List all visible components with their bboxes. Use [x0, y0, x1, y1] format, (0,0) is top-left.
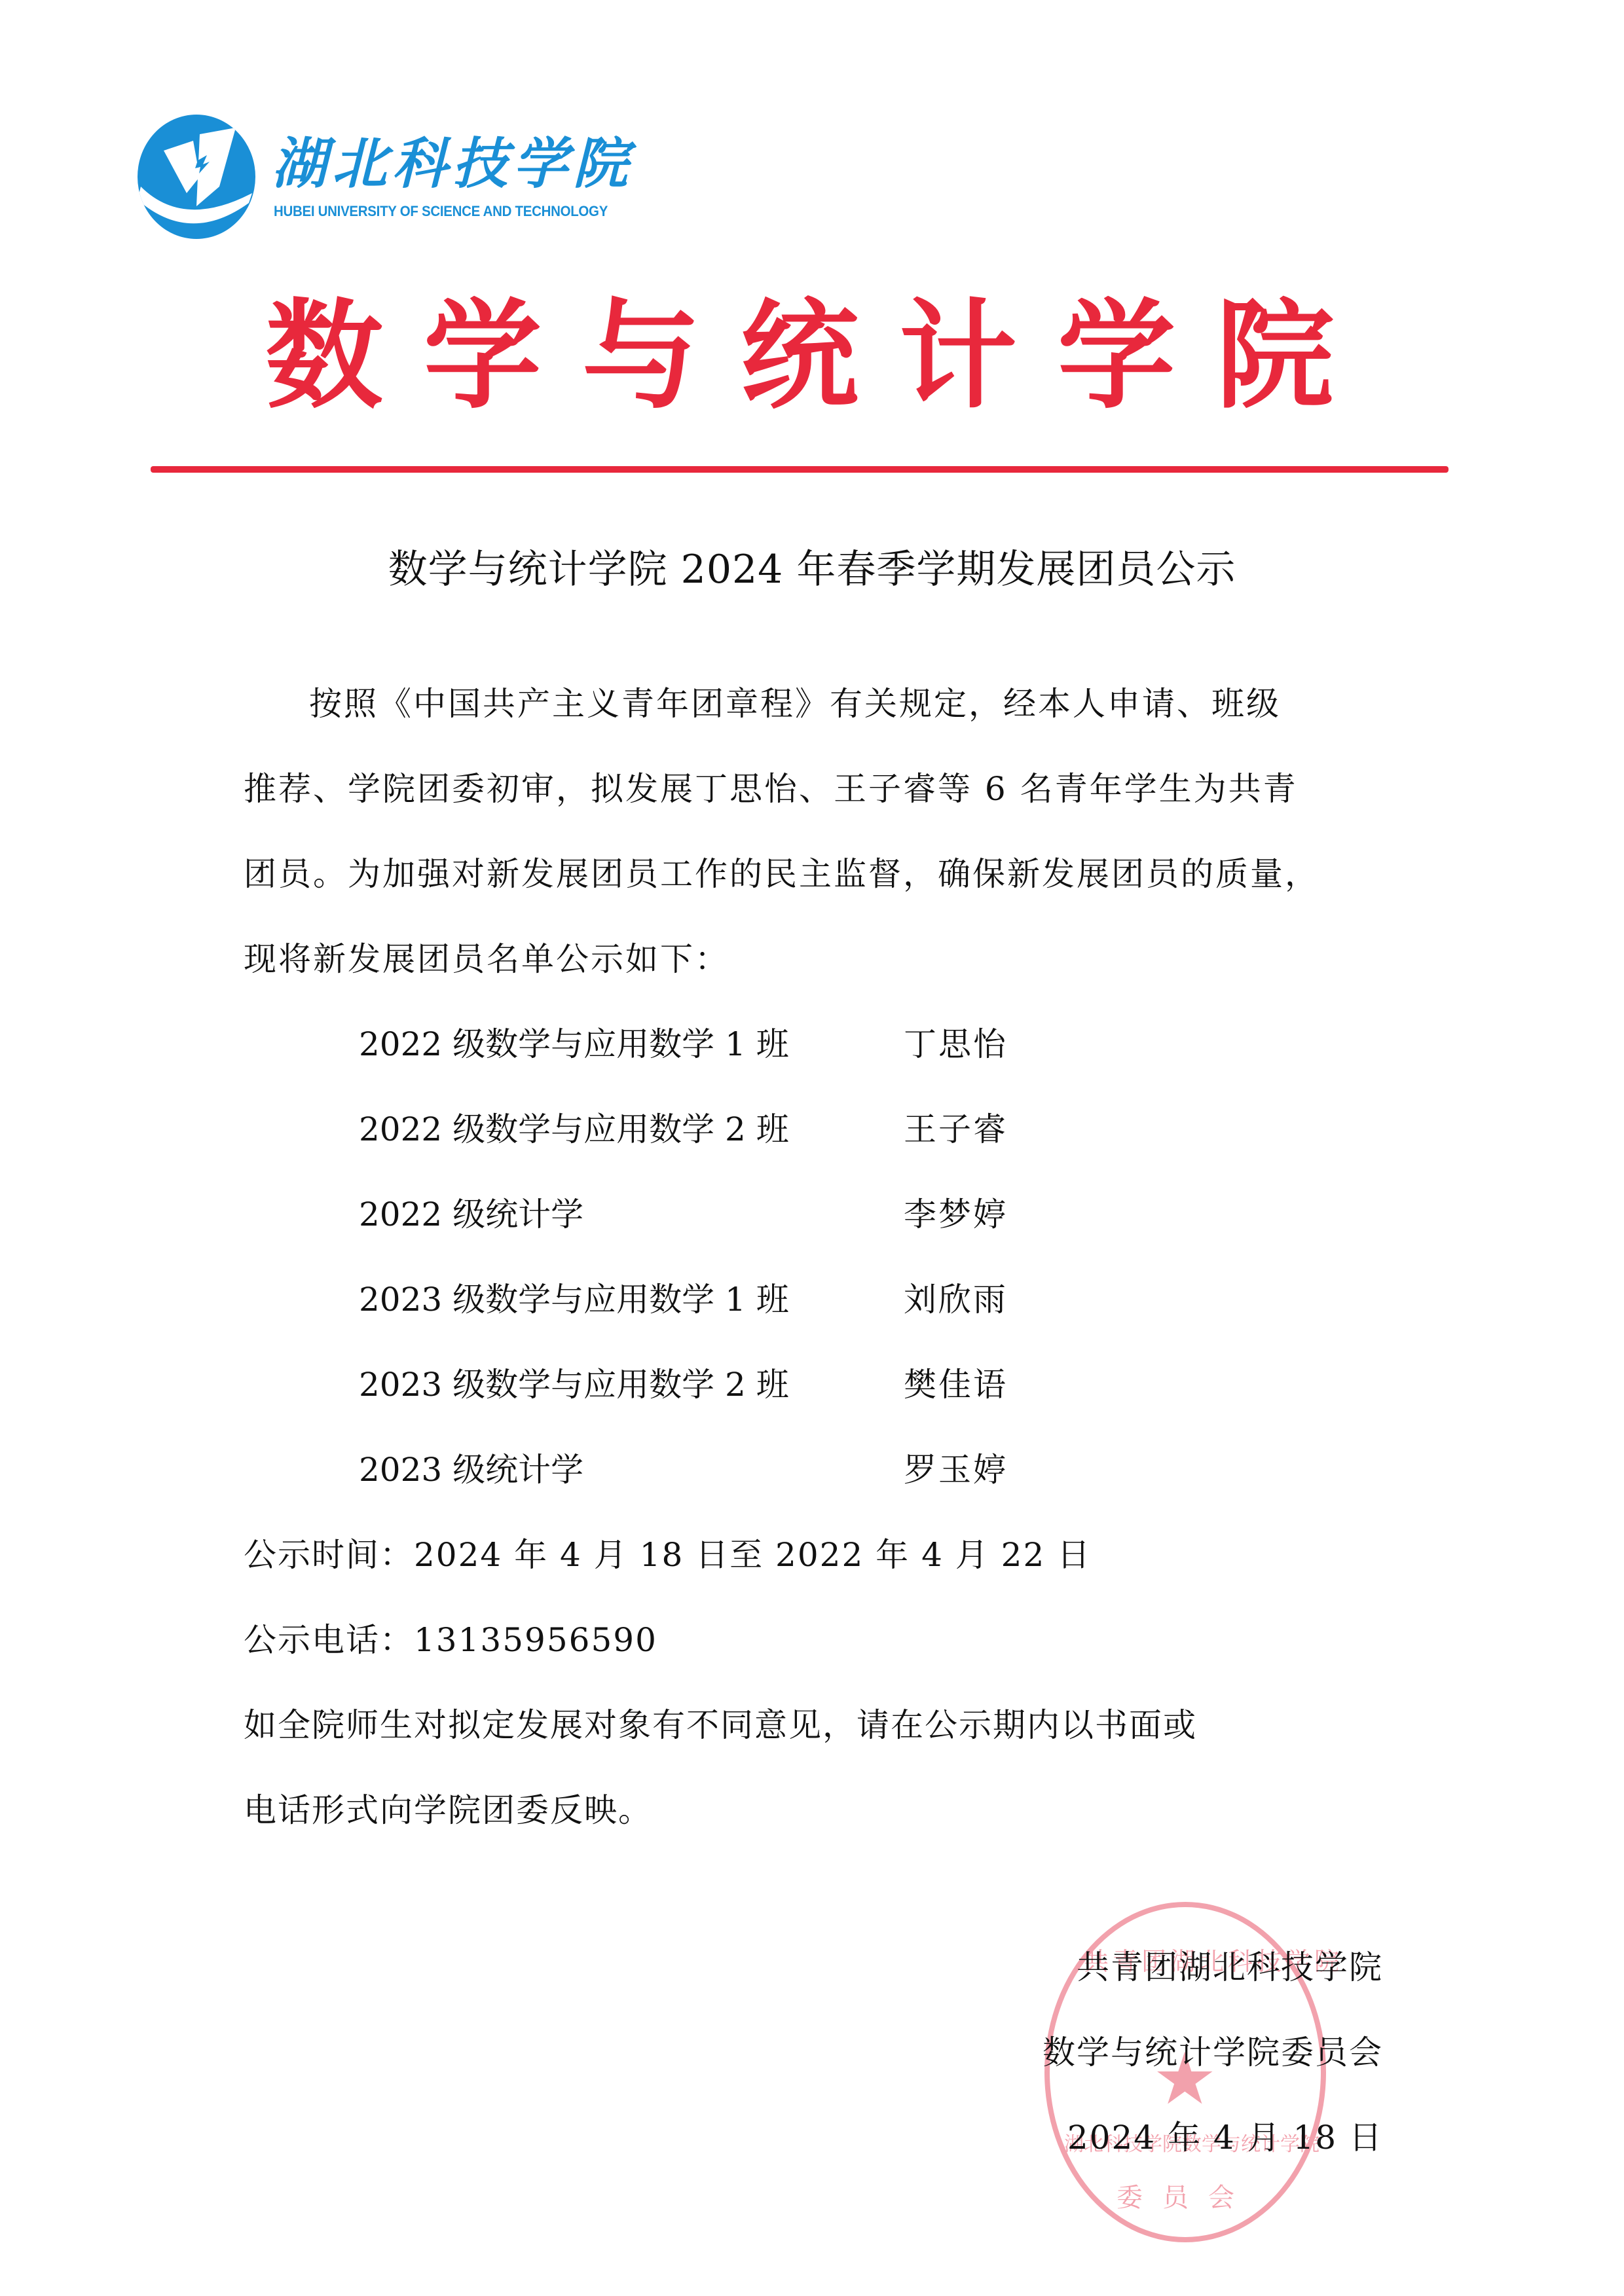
signature-org-line2: 数学与统计学院委员会	[1043, 2033, 1383, 2072]
publicity-phone: 公示电话：13135956590	[244, 1620, 657, 1660]
paragraph-line: 现将新发展团员名单公示如下：	[244, 939, 729, 979]
member-name: 刘欣雨	[904, 1280, 1008, 1319]
publicity-period: 公示时间：2024 年 4 月 18 日至 2022 年 4 月 22 日	[244, 1535, 1091, 1575]
university-emblem-icon	[138, 115, 255, 239]
signature-date: 2024 年 4 月 18 日	[1067, 2118, 1383, 2157]
paragraph-line: 推荐、学院团委初审，拟发展丁思怡、王子睿等 6 名青年学生为共青	[244, 769, 1298, 809]
document-title: 数学与统计学院 2024 年春季学期发展团员公示	[0, 543, 1624, 596]
signature-org-line1: 共青团湖北科技学院	[1077, 1948, 1383, 1987]
letterhead-logo: 湖北科技学院 HUBEI UNIVERSITY OF SCIENCE AND T…	[131, 111, 602, 242]
member-name: 王子睿	[904, 1110, 1008, 1149]
masthead-title: 数学与统计学院	[151, 282, 1449, 432]
university-name-cn: 湖北科技学院	[272, 131, 633, 196]
member-class: 2023 级数学与应用数学 1 班	[359, 1280, 789, 1319]
closing-line: 电话形式向学院团委反映。	[244, 1791, 652, 1830]
member-name: 罗玉婷	[904, 1450, 1008, 1489]
member-class: 2022 级数学与应用数学 2 班	[359, 1110, 789, 1149]
paragraph-line: 按照《中国共产主义青年团章程》有关规定，经本人申请、班级	[309, 684, 1281, 723]
member-class: 2022 级统计学	[359, 1195, 583, 1234]
member-class: 2023 级统计学	[359, 1450, 583, 1489]
university-name-en: HUBEI UNIVERSITY OF SCIENCE AND TECHNOLO…	[274, 203, 608, 220]
paragraph-line: 团员。为加强对新发展团员工作的民主监督，确保新发展团员的质量，	[244, 854, 1319, 894]
red-divider	[151, 466, 1449, 473]
member-name: 丁思怡	[904, 1025, 1008, 1064]
member-class: 2022 级数学与应用数学 1 班	[359, 1025, 789, 1064]
member-name: 樊佳语	[904, 1365, 1008, 1404]
member-name: 李梦婷	[904, 1195, 1008, 1234]
closing-line: 如全院师生对拟定发展对象有不同意见，请在公示期内以书面或	[244, 1705, 1197, 1745]
seal-bottom-text: 委员会	[1084, 2177, 1287, 2214]
member-class: 2023 级数学与应用数学 2 班	[359, 1365, 789, 1404]
